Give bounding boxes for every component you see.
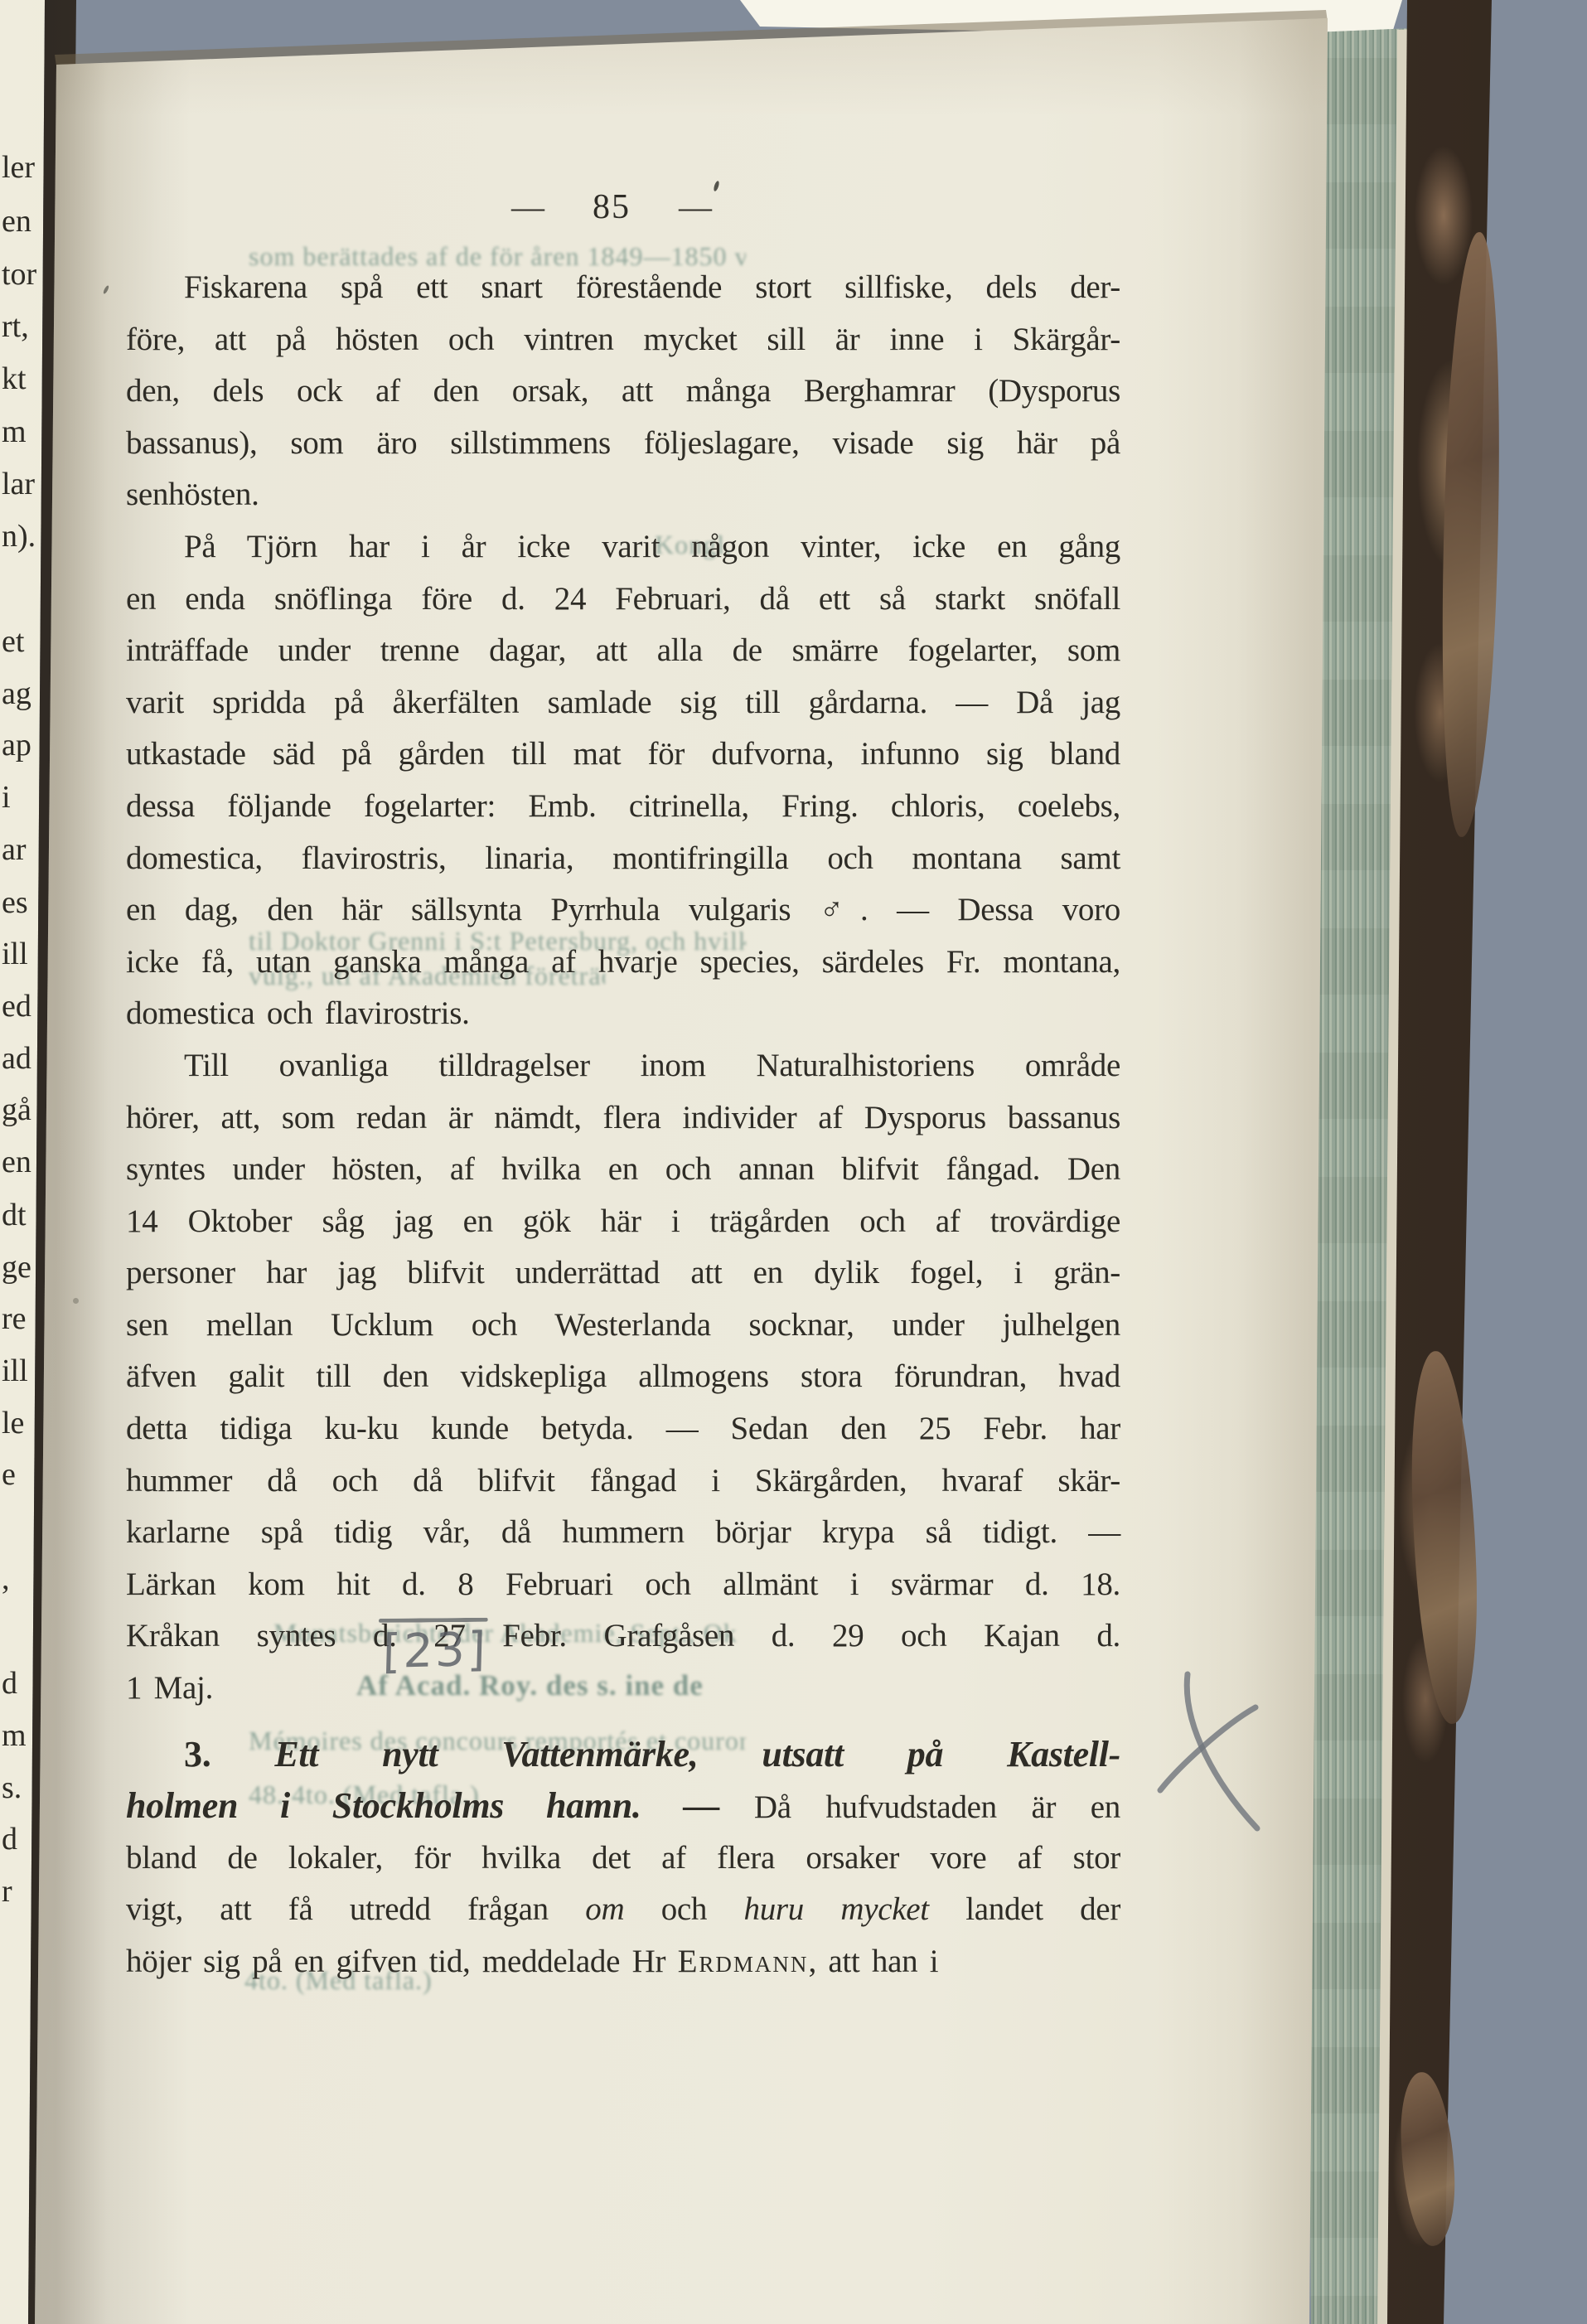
facing-page-text-fragment: n). bbox=[2, 520, 36, 552]
text-line: karlarne spå tidig vår, då hummern börja… bbox=[126, 1507, 1120, 1559]
facing-page-text-fragment: rt, bbox=[2, 311, 29, 342]
annotation-number: [23] bbox=[382, 1624, 508, 1678]
text-line: inträffade under trenne dagar, att alla … bbox=[126, 625, 1120, 677]
paragraph-3: Till ovanliga tilldragelser inom Natural… bbox=[126, 1040, 1120, 1715]
text-line: detta tidiga ku-ku kunde betyda. — Sedan… bbox=[126, 1403, 1120, 1455]
section-title-part-2: holmen i Stockholms hamn. — bbox=[126, 1785, 719, 1826]
text-line: 14 Oktober såg jag en gök här i trägårde… bbox=[126, 1196, 1120, 1248]
text-line: äfven galit till den vidskepliga allmoge… bbox=[126, 1351, 1120, 1403]
section-body-start: Då hufvudstaden är en bbox=[754, 1789, 1120, 1825]
text-line: hörer, att, som redan är nämdt, flera in… bbox=[126, 1092, 1120, 1145]
section-body-line: vigt, att få utredd frågan om och huru m… bbox=[126, 1884, 1120, 1936]
facing-page-text-fragment: ill bbox=[2, 938, 28, 970]
text-line: hummer då och då blifvit fångad i Skärgå… bbox=[126, 1455, 1120, 1508]
section-body-line: bland de lokaler, för hvilka det af fler… bbox=[126, 1833, 1120, 1885]
text-line: bassanus), som äro sillstimmens följesla… bbox=[126, 418, 1120, 470]
header-dash-right: — bbox=[679, 188, 712, 225]
facing-page-text-fragment: kt bbox=[2, 363, 27, 395]
facing-page-text-fragment: ill bbox=[2, 1355, 28, 1387]
section-3: 3. Ett nytt Vattenmärke, utsatt på Kaste… bbox=[126, 1729, 1120, 1988]
text-line: syntes under hösten, af hvilka en och an… bbox=[126, 1144, 1120, 1196]
pencil-margin-annotation: [23] bbox=[382, 1616, 508, 1678]
text-line: På Tjörn har i år icke varit någon vinte… bbox=[126, 521, 1120, 574]
text-line: personer har jag blifvit underrättad att… bbox=[126, 1247, 1120, 1300]
italic-word: om bbox=[585, 1891, 624, 1927]
facing-page-text-fragment: ge bbox=[2, 1252, 31, 1283]
text-line: Fiskarena spå ett snart förestående stor… bbox=[126, 262, 1120, 314]
text-line: en dag, den här sällsynta Pyrrhula vulga… bbox=[126, 884, 1120, 937]
text-line: sen mellan Ucklum och Westerlanda sockna… bbox=[126, 1300, 1120, 1352]
facing-page-text-fragment: ed bbox=[2, 990, 31, 1022]
text-line: en enda snöflinga före d. 24 Februari, d… bbox=[126, 574, 1120, 626]
facing-page-text-fragment: , bbox=[2, 1563, 10, 1595]
paragraph-2: På Tjörn har i år icke varit någon vinte… bbox=[126, 521, 1120, 1040]
facing-page-text-fragment: d bbox=[2, 1668, 17, 1699]
body-text: och bbox=[661, 1891, 707, 1927]
text-line: Till ovanliga tilldragelser inom Natural… bbox=[126, 1040, 1120, 1092]
body-text: landet der bbox=[965, 1891, 1120, 1927]
body-text: vigt, att få utredd frågan bbox=[126, 1891, 549, 1927]
text-line: domestica och flavirostris. bbox=[126, 988, 1120, 1040]
facing-page-text-fragment: m bbox=[2, 416, 27, 448]
text-line: senhösten. bbox=[126, 469, 1120, 521]
facing-page-text-fragment: ap bbox=[2, 729, 31, 761]
annotation-overline bbox=[379, 1618, 488, 1623]
ink-speck bbox=[73, 1298, 79, 1304]
italic-phrase: huru mycket bbox=[744, 1891, 929, 1927]
facing-page-text-fragment: en bbox=[2, 1146, 31, 1178]
facing-page-text-fragment: ag bbox=[2, 678, 31, 709]
text-line: dessa följande fogelarter: Emb. citrinel… bbox=[126, 781, 1120, 833]
facing-page-text-fragment: lar bbox=[2, 468, 35, 500]
facing-page-text-fragment: et bbox=[2, 626, 24, 657]
facing-page-text-fragment: e bbox=[2, 1459, 16, 1490]
text-line: icke få, utan ganska många af hvarje spe… bbox=[126, 937, 1120, 989]
pencil-x-mark bbox=[1135, 1649, 1276, 1865]
text-line: den, dels ock af den orsak, att många Be… bbox=[126, 366, 1120, 418]
facing-page-text-fragment: ar bbox=[2, 834, 27, 865]
paragraph-1: Fiskarena spå ett snart förestående stor… bbox=[126, 262, 1120, 521]
section-title-part-1: Ett nytt Vattenmärke, utsatt på Kastell- bbox=[274, 1734, 1120, 1774]
facing-page-text-fragment: gå bbox=[2, 1094, 31, 1126]
facing-page-text-fragment: es bbox=[2, 887, 28, 918]
facing-page-text-fragment: le bbox=[2, 1407, 24, 1439]
text-line: utkastade säd på gården till mat för duf… bbox=[126, 729, 1120, 781]
section-body-line: höjer sig på en gifven tid, meddelade Hr… bbox=[126, 1936, 1120, 1988]
text-line: domestica, flavirostris, linaria, montif… bbox=[126, 833, 1120, 885]
facing-page-text-fragment: re bbox=[2, 1303, 27, 1334]
text-line: 1 Maj. bbox=[126, 1663, 1120, 1715]
facing-page-text-fragment: s. bbox=[2, 1772, 22, 1804]
body-text: , att han i bbox=[808, 1944, 938, 1979]
facing-page-text-fragment: i bbox=[2, 782, 11, 813]
facing-page-text-fragment: m bbox=[2, 1720, 27, 1751]
header-dash-left: — bbox=[511, 188, 544, 225]
facing-page-text-fragment: tor bbox=[2, 259, 36, 290]
facing-page-text-fragment: dt bbox=[2, 1199, 27, 1231]
text-line: Kråkan syntes d. 27 Febr. Grafgåsen d. 2… bbox=[126, 1610, 1120, 1663]
text-column: Fiskarena spå ett snart förestående stor… bbox=[126, 262, 1120, 1988]
text-line: Lärkan kom hit d. 8 Februari och allmänt… bbox=[126, 1559, 1120, 1611]
page-header: —85— bbox=[116, 187, 1107, 227]
section-heading-line-1: 3. Ett nytt Vattenmärke, utsatt på Kaste… bbox=[126, 1729, 1120, 1781]
scanned-book-photo: lerentorrt,ktmlarn).etagapiaresilledadgå… bbox=[0, 0, 1587, 2324]
page-number: 85 bbox=[593, 188, 631, 226]
facing-page-text-fragment: d bbox=[2, 1823, 17, 1855]
facing-page-text-fragment: ler bbox=[2, 152, 35, 183]
text-line: före, att på hösten och vintren mycket s… bbox=[126, 314, 1120, 366]
section-heading-line-2: holmen i Stockholms hamn. — Då hufvudsta… bbox=[126, 1780, 1120, 1833]
facing-page-text-fragment: r bbox=[2, 1876, 12, 1907]
facing-page-text-fragment: en bbox=[2, 206, 31, 237]
author-name-smallcaps: Erdmann bbox=[678, 1944, 809, 1979]
text-line: varit spridda på åkerfälten samlade sig … bbox=[126, 677, 1120, 729]
section-number: 3. bbox=[184, 1734, 210, 1774]
facing-page-text-fragment: ad bbox=[2, 1043, 31, 1074]
body-text: höjer sig på en gifven tid, meddelade Hr bbox=[126, 1944, 665, 1979]
